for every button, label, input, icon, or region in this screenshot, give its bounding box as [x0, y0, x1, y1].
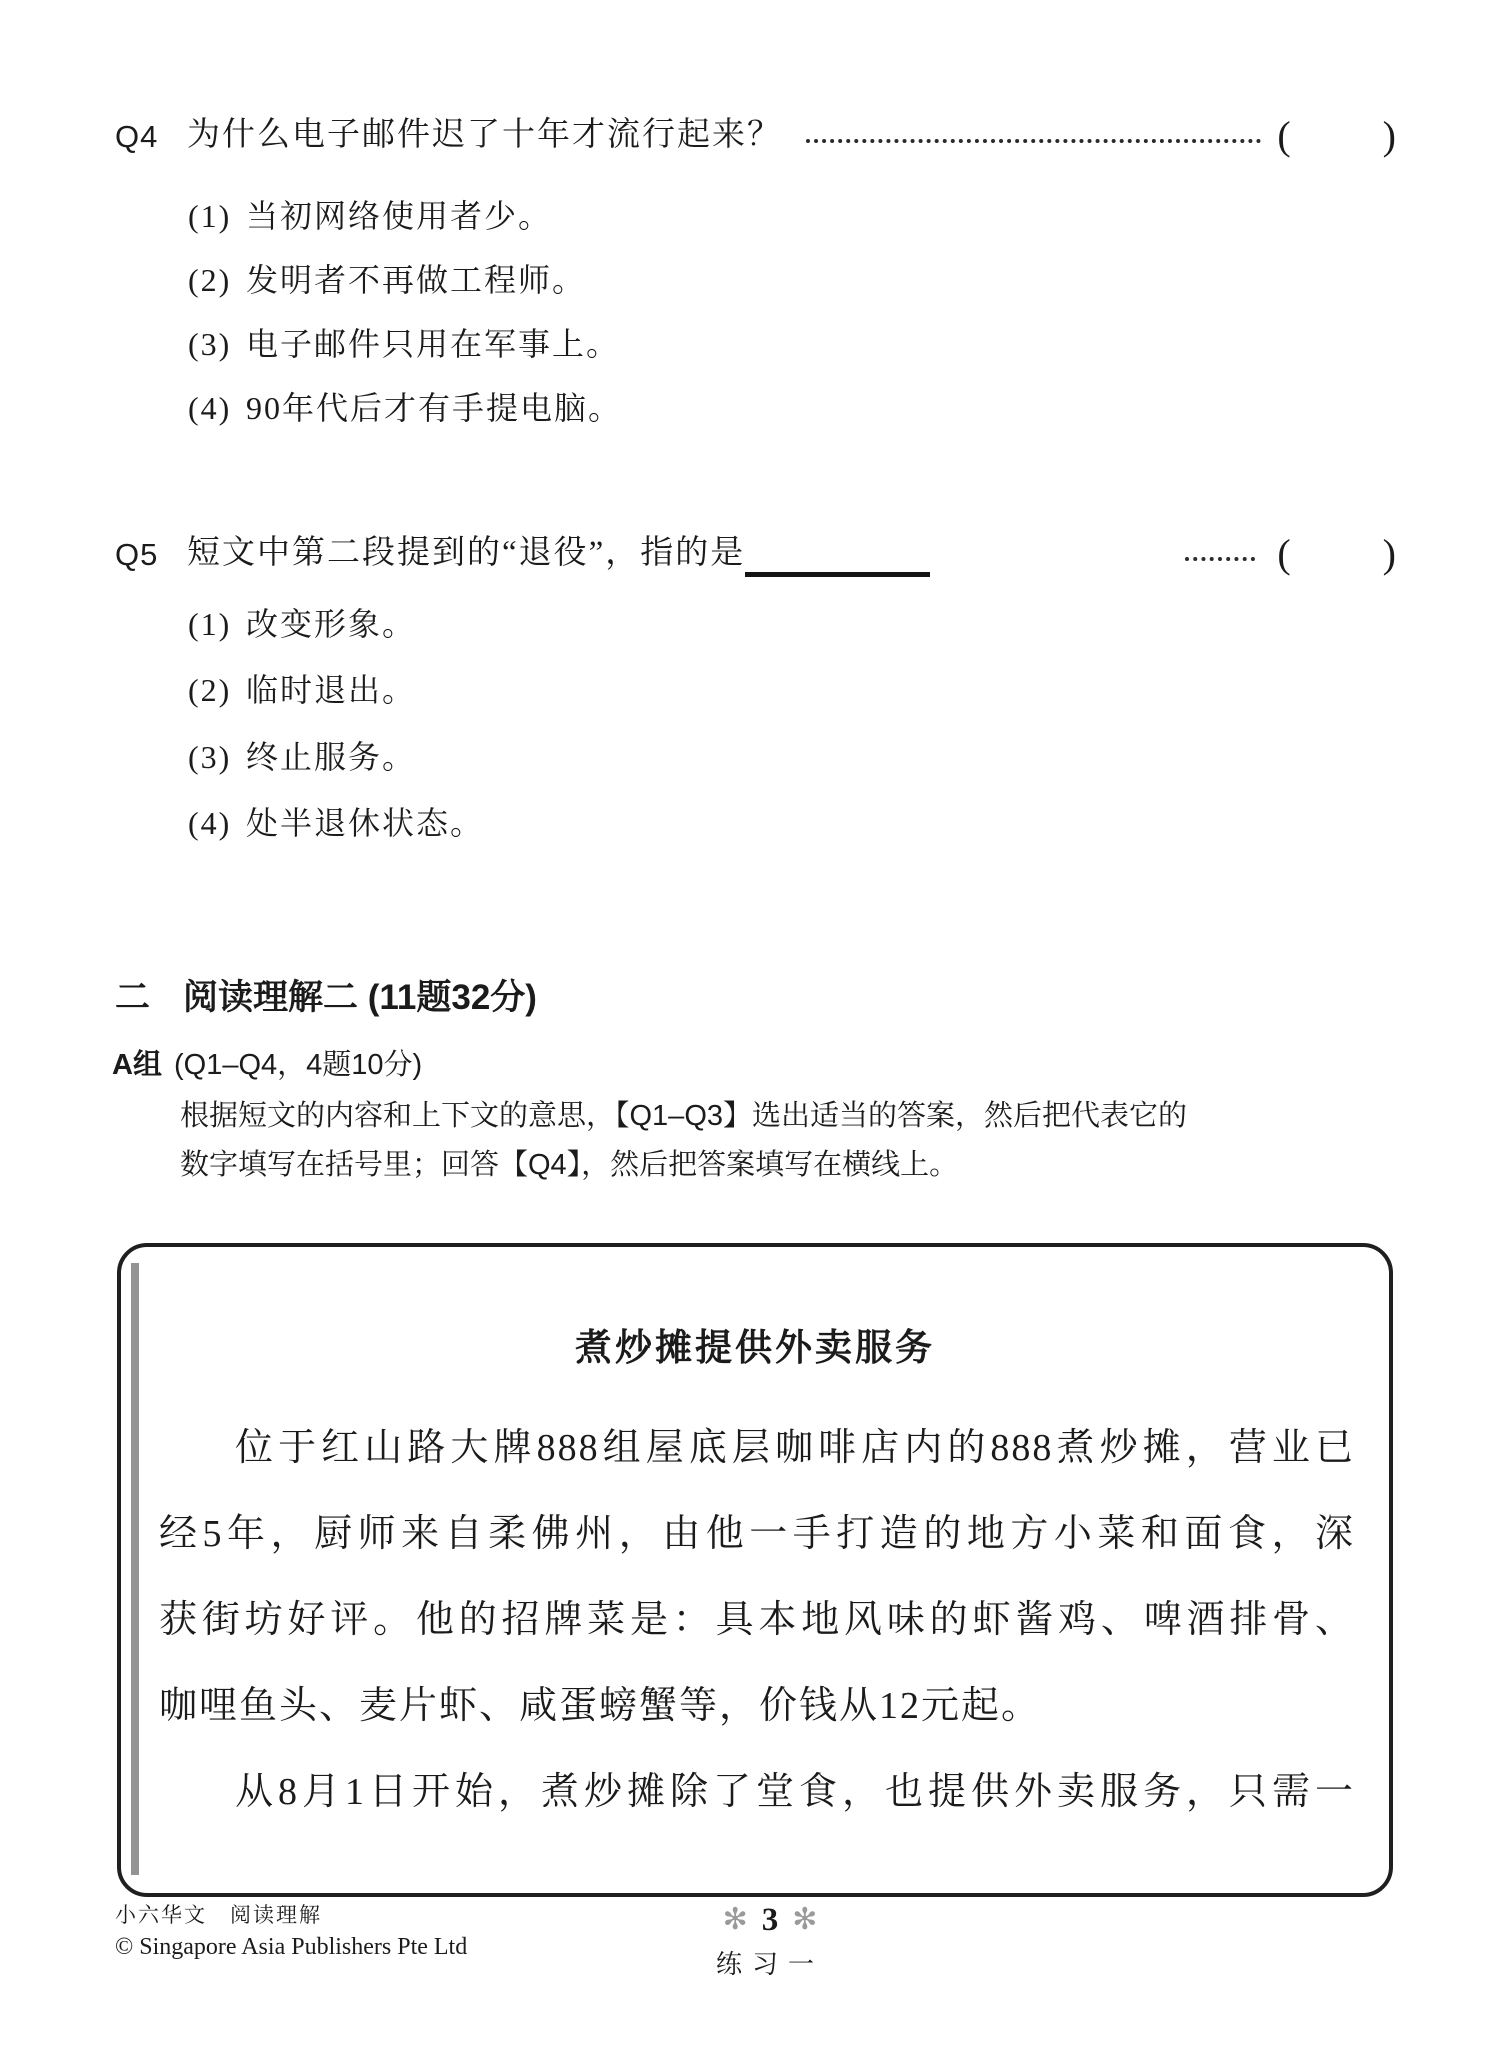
page-number: 3 [762, 1903, 779, 1937]
option-number: (4) [188, 801, 246, 845]
passage-line: 从8月1日开始，煮炒摊除了堂食，也提供外卖服务，只需一 [159, 1749, 1355, 1835]
q5-option-row-1: (1) 改变形象。 [188, 602, 416, 646]
passage-title: 煮炒摊提供外卖服务 [121, 1317, 1389, 1371]
option-text: 处半退休状态。 [246, 801, 484, 845]
option-text: 90年代后才有手提电脑。 [246, 386, 622, 430]
q5-question: 短文中第二段提到的“退役”，指的是 [187, 530, 745, 576]
q5-option-row-3: (3) 终止服务。 [188, 735, 416, 779]
decor-flower-left-icon: ✻ [723, 1903, 748, 1937]
passage-line: 获街坊好评。他的招牌菜是：具本地风味的虾酱鸡、啤酒排骨、 [159, 1577, 1355, 1663]
option-number: (4) [188, 386, 246, 430]
q5-bracket-close: ) [1383, 530, 1396, 578]
group-a-row: A组 (Q1–Q4，4题10分) [112, 1042, 422, 1083]
instructions: 根据短文的内容和上下文的意思，【Q1–Q3】选出适当的答案，然后把代表它的 数字… [180, 1092, 1405, 1190]
q5-answer-blank [745, 530, 930, 577]
option-number: (2) [188, 258, 246, 302]
footer-left: 小六华文 阅读理解 © Singapore Asia Publishers Pt… [115, 1899, 467, 1961]
page-number-row: ✻ 3 ✻ [640, 1903, 900, 1937]
passage-box: 煮炒摊提供外卖服务 位于红山路大牌888组屋底层咖啡店内的888煮炒摊，营业已 … [117, 1243, 1393, 1897]
q4-option-row-3: (3) 电子邮件只用在军事上。 [188, 322, 620, 366]
section-title: 阅读理解二 (11题32分) [183, 970, 537, 1020]
option-text: 临时退出。 [246, 668, 416, 712]
decor-flower-right-icon: ✻ [792, 1903, 817, 1937]
passage-line: 位于红山路大牌888组屋底层咖啡店内的888煮炒摊，营业已 [159, 1405, 1355, 1491]
instruction-line-2: 数字填写在括号里；回答【Q4】，然后把答案填写在横线上。 [180, 1141, 1405, 1190]
section-two-header: 二 阅读理解二 (11题32分) [115, 970, 537, 1020]
worksheet-page: Q4 为什么电子邮件迟了十年才流行起来？ ( ) (1) 当初网络使用者少。 (… [0, 0, 1499, 2053]
q4-option-row-2: (2) 发明者不再做工程师。 [188, 258, 586, 302]
q4-answer-brackets: ( ) [1277, 112, 1396, 160]
option-number: (3) [188, 735, 246, 779]
q4-row: Q4 为什么电子邮件迟了十年才流行起来？ ( ) [115, 112, 1396, 160]
option-text: 发明者不再做工程师。 [246, 258, 586, 302]
q4-answer-space [1291, 112, 1383, 160]
q4-bracket-open: ( [1277, 112, 1290, 160]
footer-copyright: © Singapore Asia Publishers Pte Ltd [115, 1934, 467, 1961]
passage-line: 经5年，厨师来自柔佛州，由他一手打造的地方小菜和面食，深 [159, 1491, 1355, 1577]
q5-bracket-open: ( [1277, 530, 1290, 578]
q4-label: Q4 [115, 112, 187, 160]
group-info: (Q1–Q4，4题10分) [174, 1042, 422, 1083]
q5-answer-brackets: ( ) [1277, 530, 1396, 578]
option-number: (1) [188, 602, 246, 646]
footer-series-title: 小六华文 阅读理解 [115, 1899, 467, 1929]
q5-dotted-leader [1185, 557, 1255, 561]
q4-bracket-close: ) [1383, 112, 1396, 160]
group-label: A组 [112, 1042, 174, 1083]
instruction-line-1: 根据短文的内容和上下文的意思，【Q1–Q3】选出适当的答案，然后把代表它的 [180, 1092, 1405, 1141]
q4-option-row-1: (1) 当初网络使用者少。 [188, 194, 552, 238]
option-number: (1) [188, 194, 246, 238]
option-text: 电子邮件只用在军事上。 [246, 322, 620, 366]
option-text: 当初网络使用者少。 [246, 194, 552, 238]
option-text: 终止服务。 [246, 735, 416, 779]
q4-question: 为什么电子邮件迟了十年才流行起来？ [187, 112, 782, 158]
option-text: 改变形象。 [246, 602, 416, 646]
q5-option-row-2: (2) 临时退出。 [188, 668, 416, 712]
q4-option-row-4: (4) 90年代后才有手提电脑。 [188, 386, 622, 430]
q5-row: Q5 短文中第二段提到的“退役”，指的是 ( ) [115, 530, 1396, 578]
q5-answer-space [1291, 530, 1383, 578]
q5-option-row-4: (4) 处半退休状态。 [188, 801, 484, 845]
exercise-label: 练习一 [640, 1944, 900, 1981]
option-number: (3) [188, 322, 246, 366]
footer-center: ✻ 3 ✻ 练习一 [640, 1903, 900, 1981]
section-number: 二 [115, 970, 183, 1020]
option-number: (2) [188, 668, 246, 712]
q5-label: Q5 [115, 530, 187, 578]
passage-body: 位于红山路大牌888组屋底层咖啡店内的888煮炒摊，营业已 经5年，厨师来自柔佛… [159, 1405, 1355, 1835]
q4-dotted-leader [806, 139, 1261, 143]
passage-line: 咖哩鱼头、麦片虾、咸蛋螃蟹等，价钱从12元起。 [159, 1663, 1355, 1749]
